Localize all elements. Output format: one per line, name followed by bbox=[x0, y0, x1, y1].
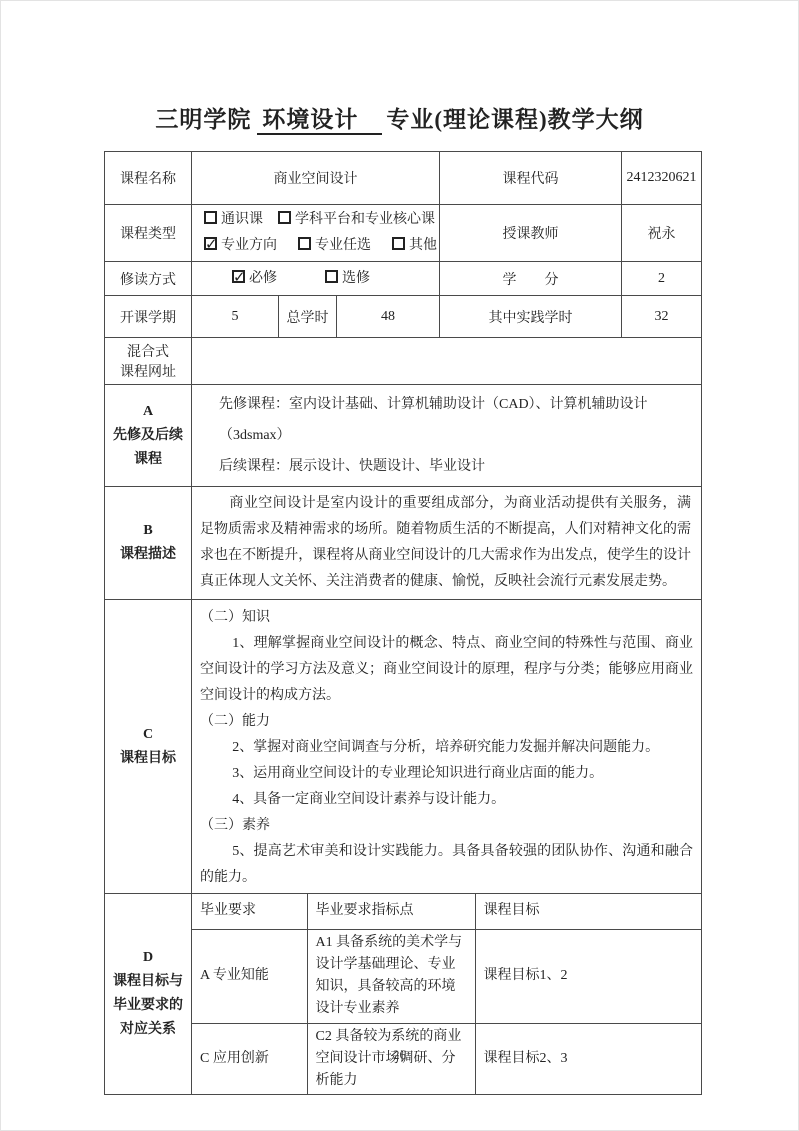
course-type-options: 通识课 学科平台和专业核心课 专业方向 专业任选 其他 bbox=[192, 205, 440, 262]
subsequent-courses: 后续课程：展示设计、快题设计、毕业设计 bbox=[219, 451, 695, 482]
option-other: 其他 bbox=[392, 233, 437, 259]
semester-label: 开课学期 bbox=[105, 296, 192, 338]
course-description: 商业空间设计是室内设计的重要组成部分，为商业活动提供有关服务，满足物质需求及精神… bbox=[200, 491, 691, 595]
course-name-label: 课程名称 bbox=[105, 152, 192, 205]
study-mode-label: 修读方式 bbox=[105, 262, 192, 296]
row-section-a: A 先修及后续 课程 先修课程：室内设计基础、计算机辅助设计（CAD）、计算机辅… bbox=[105, 385, 702, 487]
row-study-mode: 修读方式 必修 选修 学 分 2 bbox=[105, 262, 702, 296]
section-b-label: B 课程描述 bbox=[105, 487, 192, 600]
course-code-value: 2412320621 bbox=[622, 152, 702, 205]
option-required: 必修 bbox=[232, 266, 277, 292]
document-page: 三明学院环境设计专业(理论课程)教学大纲 课程名称 商业空间设计 课程代码 24… bbox=[0, 0, 799, 1131]
checkbox-elective-icon bbox=[325, 270, 338, 283]
page-number: 26 bbox=[1, 1047, 798, 1063]
inner-header-row: 毕业要求 毕业要求指标点 课程目标 bbox=[192, 894, 702, 929]
section-c-content: （二）知识 1、理解掌握商业空间设计的概念、特点、商业空间的特殊性与范围、商业空… bbox=[192, 600, 702, 894]
option-elective: 选修 bbox=[325, 266, 370, 292]
checkbox-required-icon bbox=[232, 270, 245, 283]
objective-item: 1、理解掌握商业空间设计的概念、特点、商业空间的特殊性与范围、商业空间设计的学习… bbox=[200, 631, 693, 709]
prereq-courses: 先修课程：室内设计基础、计算机辅助设计（CAD）、计算机辅助设计（3dsmax） bbox=[219, 389, 695, 451]
objective-cell: 课程目标1、2 bbox=[475, 929, 702, 1023]
section-d-label: D 课程目标与 毕业要求的 对应关系 bbox=[105, 894, 192, 1095]
course-code-label: 课程代码 bbox=[440, 152, 622, 205]
row-section-b: B 课程描述 商业空间设计是室内设计的重要组成部分，为商业活动提供有关服务，满足… bbox=[105, 487, 702, 600]
syllabus-table: 课程名称 商业空间设计 课程代码 2412320621 课程类型 通识课 学科平… bbox=[104, 151, 702, 1095]
course-name-value: 商业空间设计 bbox=[192, 152, 440, 205]
option-platform-core: 学科平台和专业核心课 bbox=[278, 207, 435, 233]
hybrid-url-label: 混合式 课程网址 bbox=[105, 338, 192, 385]
checkbox-major-direction-icon bbox=[204, 237, 217, 250]
table-row: A 专业知能 A1 具备系统的美术学与设计学基础理论、专业知识，具备较高的环境设… bbox=[192, 929, 702, 1023]
total-hours-label: 总学时 bbox=[279, 296, 337, 338]
row-course-name: 课程名称 商业空间设计 课程代码 2412320621 bbox=[105, 152, 702, 205]
hybrid-url-value bbox=[192, 338, 702, 385]
requirement-cell: A 专业知能 bbox=[192, 929, 307, 1023]
row-section-c: C 课程目标 （二）知识 1、理解掌握商业空间设计的概念、特点、商业空间的特殊性… bbox=[105, 600, 702, 894]
checkbox-major-elective-icon bbox=[298, 237, 311, 250]
checkbox-platform-core-icon bbox=[278, 211, 291, 224]
objective-item: 2、掌握对商业空间调查与分析，培养研究能力发掘并解决问题能力。 bbox=[200, 735, 693, 761]
checkbox-other-icon bbox=[392, 237, 405, 250]
course-type-label: 课程类型 bbox=[105, 205, 192, 262]
section-a-content: 先修课程：室内设计基础、计算机辅助设计（CAD）、计算机辅助设计（3dsmax）… bbox=[192, 385, 702, 487]
objective-heading: （二）知识 bbox=[200, 605, 693, 631]
objective-item: 4、具备一定商业空间设计素养与设计能力。 bbox=[200, 787, 693, 813]
semester-value: 5 bbox=[192, 296, 279, 338]
total-hours-value: 48 bbox=[337, 296, 440, 338]
objective-heading: （二）能力 bbox=[200, 709, 693, 735]
practice-hours-label: 其中实践学时 bbox=[440, 296, 622, 338]
indicator-cell: A1 具备系统的美术学与设计学基础理论、专业知识，具备较高的环境设计专业素养 bbox=[307, 929, 475, 1023]
practice-hours-value: 32 bbox=[622, 296, 702, 338]
objective-item: 3、运用商业空间设计的专业理论知识进行商业店面的能力。 bbox=[200, 761, 693, 787]
section-b-content: 商业空间设计是室内设计的重要组成部分，为商业活动提供有关服务，满足物质需求及精神… bbox=[192, 487, 702, 600]
title-major-underlined: 环境设计 bbox=[257, 107, 382, 135]
section-c-label: C 课程目标 bbox=[105, 600, 192, 894]
graduation-requirements-table: 毕业要求 毕业要求指标点 课程目标 A 专业知能 A1 具备系统的美术学与设计学… bbox=[192, 894, 702, 1094]
credit-label: 学 分 bbox=[440, 262, 622, 296]
teacher-value: 祝永 bbox=[622, 205, 702, 262]
col-header-objective: 课程目标 bbox=[475, 894, 702, 929]
row-section-d: D 课程目标与 毕业要求的 对应关系 毕业要求 毕业要求指标点 课程目标 bbox=[105, 894, 702, 1095]
objective-heading: （三）素养 bbox=[200, 813, 693, 839]
col-header-requirement: 毕业要求 bbox=[192, 894, 307, 929]
page-title: 三明学院环境设计专业(理论课程)教学大纲 bbox=[1, 101, 798, 134]
option-major-elective: 专业任选 bbox=[298, 233, 371, 259]
row-semester-hours: 开课学期 5 总学时 48 其中实践学时 32 bbox=[105, 296, 702, 338]
option-major-direction: 专业方向 bbox=[204, 233, 277, 259]
objective-item: 5、提高艺术审美和设计实践能力。具备具备较强的团队协作、沟通和融合的能力。 bbox=[200, 839, 693, 891]
section-d-content: 毕业要求 毕业要求指标点 课程目标 A 专业知能 A1 具备系统的美术学与设计学… bbox=[192, 894, 702, 1095]
checkbox-general-course-icon bbox=[204, 211, 217, 224]
study-mode-options: 必修 选修 bbox=[192, 262, 440, 296]
option-general-course: 通识课 bbox=[204, 207, 263, 233]
title-school: 三明学院 bbox=[155, 107, 251, 132]
row-hybrid-url: 混合式 课程网址 bbox=[105, 338, 702, 385]
row-course-type: 课程类型 通识课 学科平台和专业核心课 专业方向 专业任选 其他 授课教师 祝永 bbox=[105, 205, 702, 262]
section-a-label: A 先修及后续 课程 bbox=[105, 385, 192, 487]
credit-value: 2 bbox=[622, 262, 702, 296]
title-suffix: 专业(理论课程)教学大纲 bbox=[386, 107, 643, 132]
teacher-label: 授课教师 bbox=[440, 205, 622, 262]
col-header-indicator: 毕业要求指标点 bbox=[307, 894, 475, 929]
